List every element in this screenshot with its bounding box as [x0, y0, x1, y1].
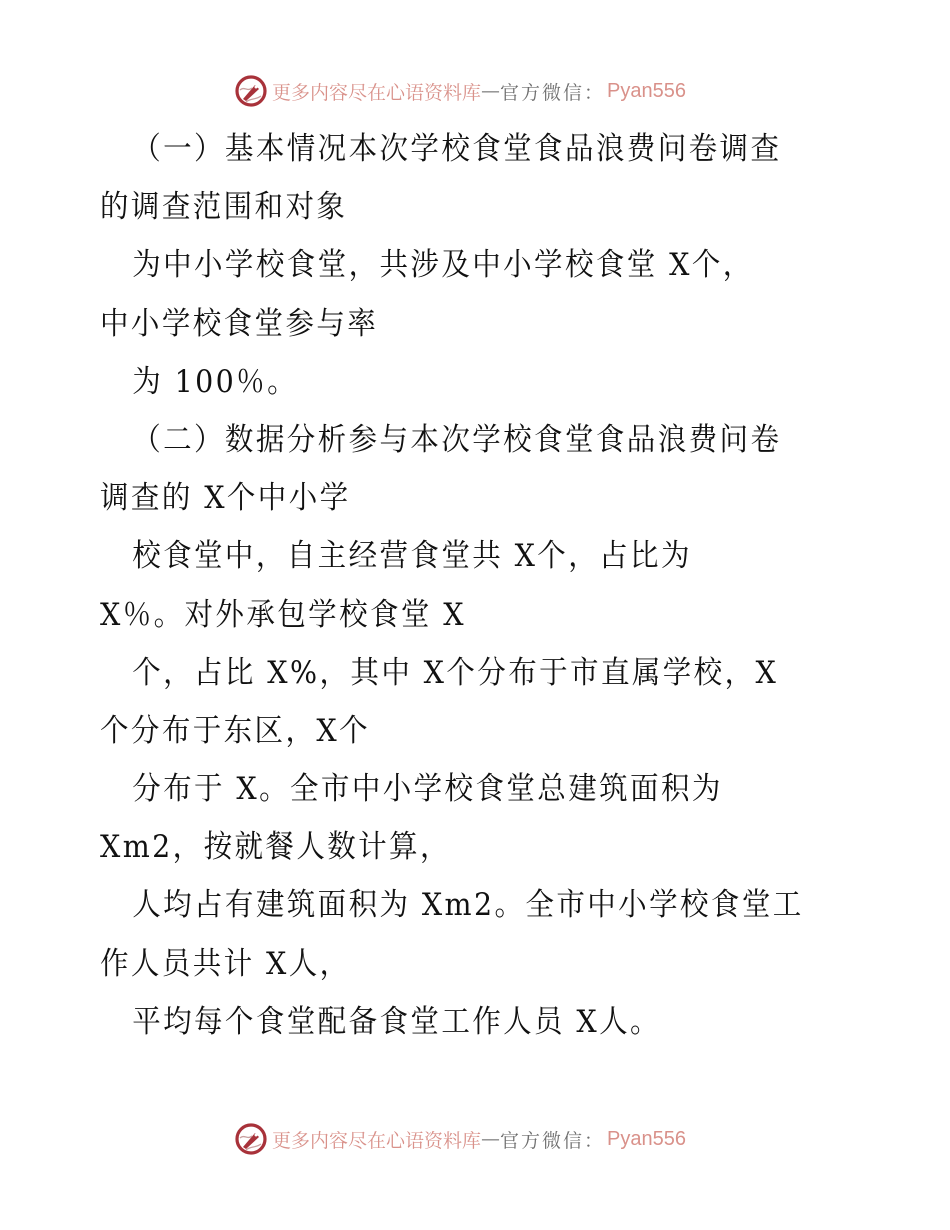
paragraph-line: 人均占有建筑面积为 Xm2。全市中小学校食堂工 [100, 876, 799, 934]
paragraph-line: 个，占比 X%，其中 X个分布于市直属学校，X [100, 644, 799, 702]
section-2-heading-line-2: 调查的 X个中小学 [100, 469, 799, 527]
watermark-main-text: 更多内容尽在心语资料库 [272, 78, 481, 105]
watermark-dash: — [481, 1128, 500, 1150]
watermark-dash: — [481, 80, 500, 102]
section-1-heading-line-1: （一）基本情况本次学校食堂食品浪费问卷调查 [100, 120, 799, 178]
header-watermark: 更多内容尽在心语资料库 — 官方微信： Pyan556 [234, 73, 686, 109]
pen-nib-logo-icon [234, 74, 268, 108]
paragraph-line: X％。对外承包学校食堂 X [100, 586, 799, 644]
footer-watermark: 更多内容尽在心语资料库 — 官方微信： Pyan556 [234, 1121, 686, 1157]
watermark-wechat-id: Pyan556 [607, 1128, 686, 1151]
watermark-wechat-label: 官方微信： [500, 78, 605, 105]
paragraph-line: 为 100％。 [100, 353, 799, 411]
paragraph-line: 分布于 X。全市中小学校食堂总建筑面积为 [100, 760, 799, 818]
section-1-heading-line-2: 的调查范围和对象 [100, 178, 799, 236]
section-2-heading-line-1: （二）数据分析参与本次学校食堂食品浪费问卷 [100, 411, 799, 469]
paragraph-line: 校食堂中，自主经营食堂共 X个，占比为 [100, 527, 799, 585]
document-body: （一）基本情况本次学校食堂食品浪费问卷调查 的调查范围和对象 为中小学校食堂，共… [100, 120, 860, 1051]
paragraph-line: 个分布于东区，X个 [100, 702, 799, 760]
watermark-main-text: 更多内容尽在心语资料库 [272, 1126, 481, 1153]
paragraph-line: 平均每个食堂配备食堂工作人员 X人。 [100, 993, 799, 1051]
paragraph-line: Xm2，按就餐人数计算， [100, 818, 799, 876]
paragraph-line: 中小学校食堂参与率 [100, 295, 799, 353]
watermark-wechat-label: 官方微信： [500, 1126, 605, 1153]
paragraph-line: 为中小学校食堂，共涉及中小学校食堂 X个， [100, 236, 799, 294]
paragraph-line: 作人员共计 X人， [100, 935, 799, 993]
pen-nib-logo-icon [234, 1122, 268, 1156]
watermark-wechat-id: Pyan556 [607, 80, 686, 103]
